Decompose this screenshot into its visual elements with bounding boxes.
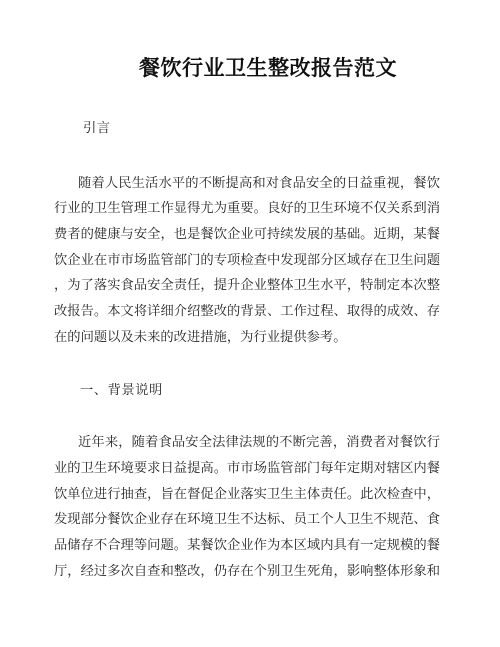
text-line: 饮企业在市市场监管部门的专项检查中发现部分区域存在卫生问题 bbox=[54, 247, 440, 273]
section-heading-background: 一、背景说明 bbox=[54, 377, 440, 403]
intro-paragraph: 随着人民生活水平的不断提高和对食品安全的日益重视，餐饮 行业的卫生管理工作显得尤… bbox=[54, 170, 440, 350]
text-line: 改报告。本文将详细介绍整改的背景、工作过程、取得的成效、存 bbox=[54, 298, 440, 324]
text-line: ，为了落实食品安全责任，提升企业整体卫生水平，特制定本次整 bbox=[54, 272, 440, 298]
text-line: 品储存不合理等问题。某餐饮企业作为本区域内具有一定规模的餐 bbox=[54, 532, 440, 558]
text-line: 随着人民生活水平的不断提高和对食品安全的日益重视，餐饮 bbox=[54, 170, 440, 196]
text-line: 饮单位进行抽查，旨在督促企业落实卫生主体责任。此次检查中， bbox=[54, 481, 440, 507]
document-title: 餐饮行业卫生整改报告范文 bbox=[54, 54, 440, 84]
background-paragraph: 近年来，随着食品安全法律法规的不断完善，消费者对餐饮行 业的卫生环境要求日益提高… bbox=[54, 429, 440, 583]
text-line: 近年来，随着食品安全法律法规的不断完善，消费者对餐饮行 bbox=[54, 429, 440, 455]
intro-label: 引言 bbox=[54, 115, 440, 141]
text-line: 厅，经过多次自查和整改，仍存在个别卫生死角，影响整体形象和 bbox=[54, 558, 440, 584]
text-line: 在的问题以及未来的改进措施，为行业提供参考。 bbox=[54, 324, 440, 350]
page-background: { "colors": { "background": "#ffffff", "… bbox=[0, 0, 500, 647]
text-line: 费者的健康与安全，也是餐饮企业可持续发展的基础。近期，某餐 bbox=[54, 221, 440, 247]
text-line: 发现部分餐饮企业存在环境卫生不达标、员工个人卫生不规范、食 bbox=[54, 506, 440, 532]
document-page: 餐饮行业卫生整改报告范文 引言 随着人民生活水平的不断提高和对食品安全的日益重视… bbox=[54, 54, 440, 583]
text-line: 行业的卫生管理工作显得尤为重要。良好的卫生环境不仅关系到消 bbox=[54, 195, 440, 221]
text-line: 业的卫生环境要求日益提高。市市场监管部门每年定期对辖区内餐 bbox=[54, 455, 440, 481]
